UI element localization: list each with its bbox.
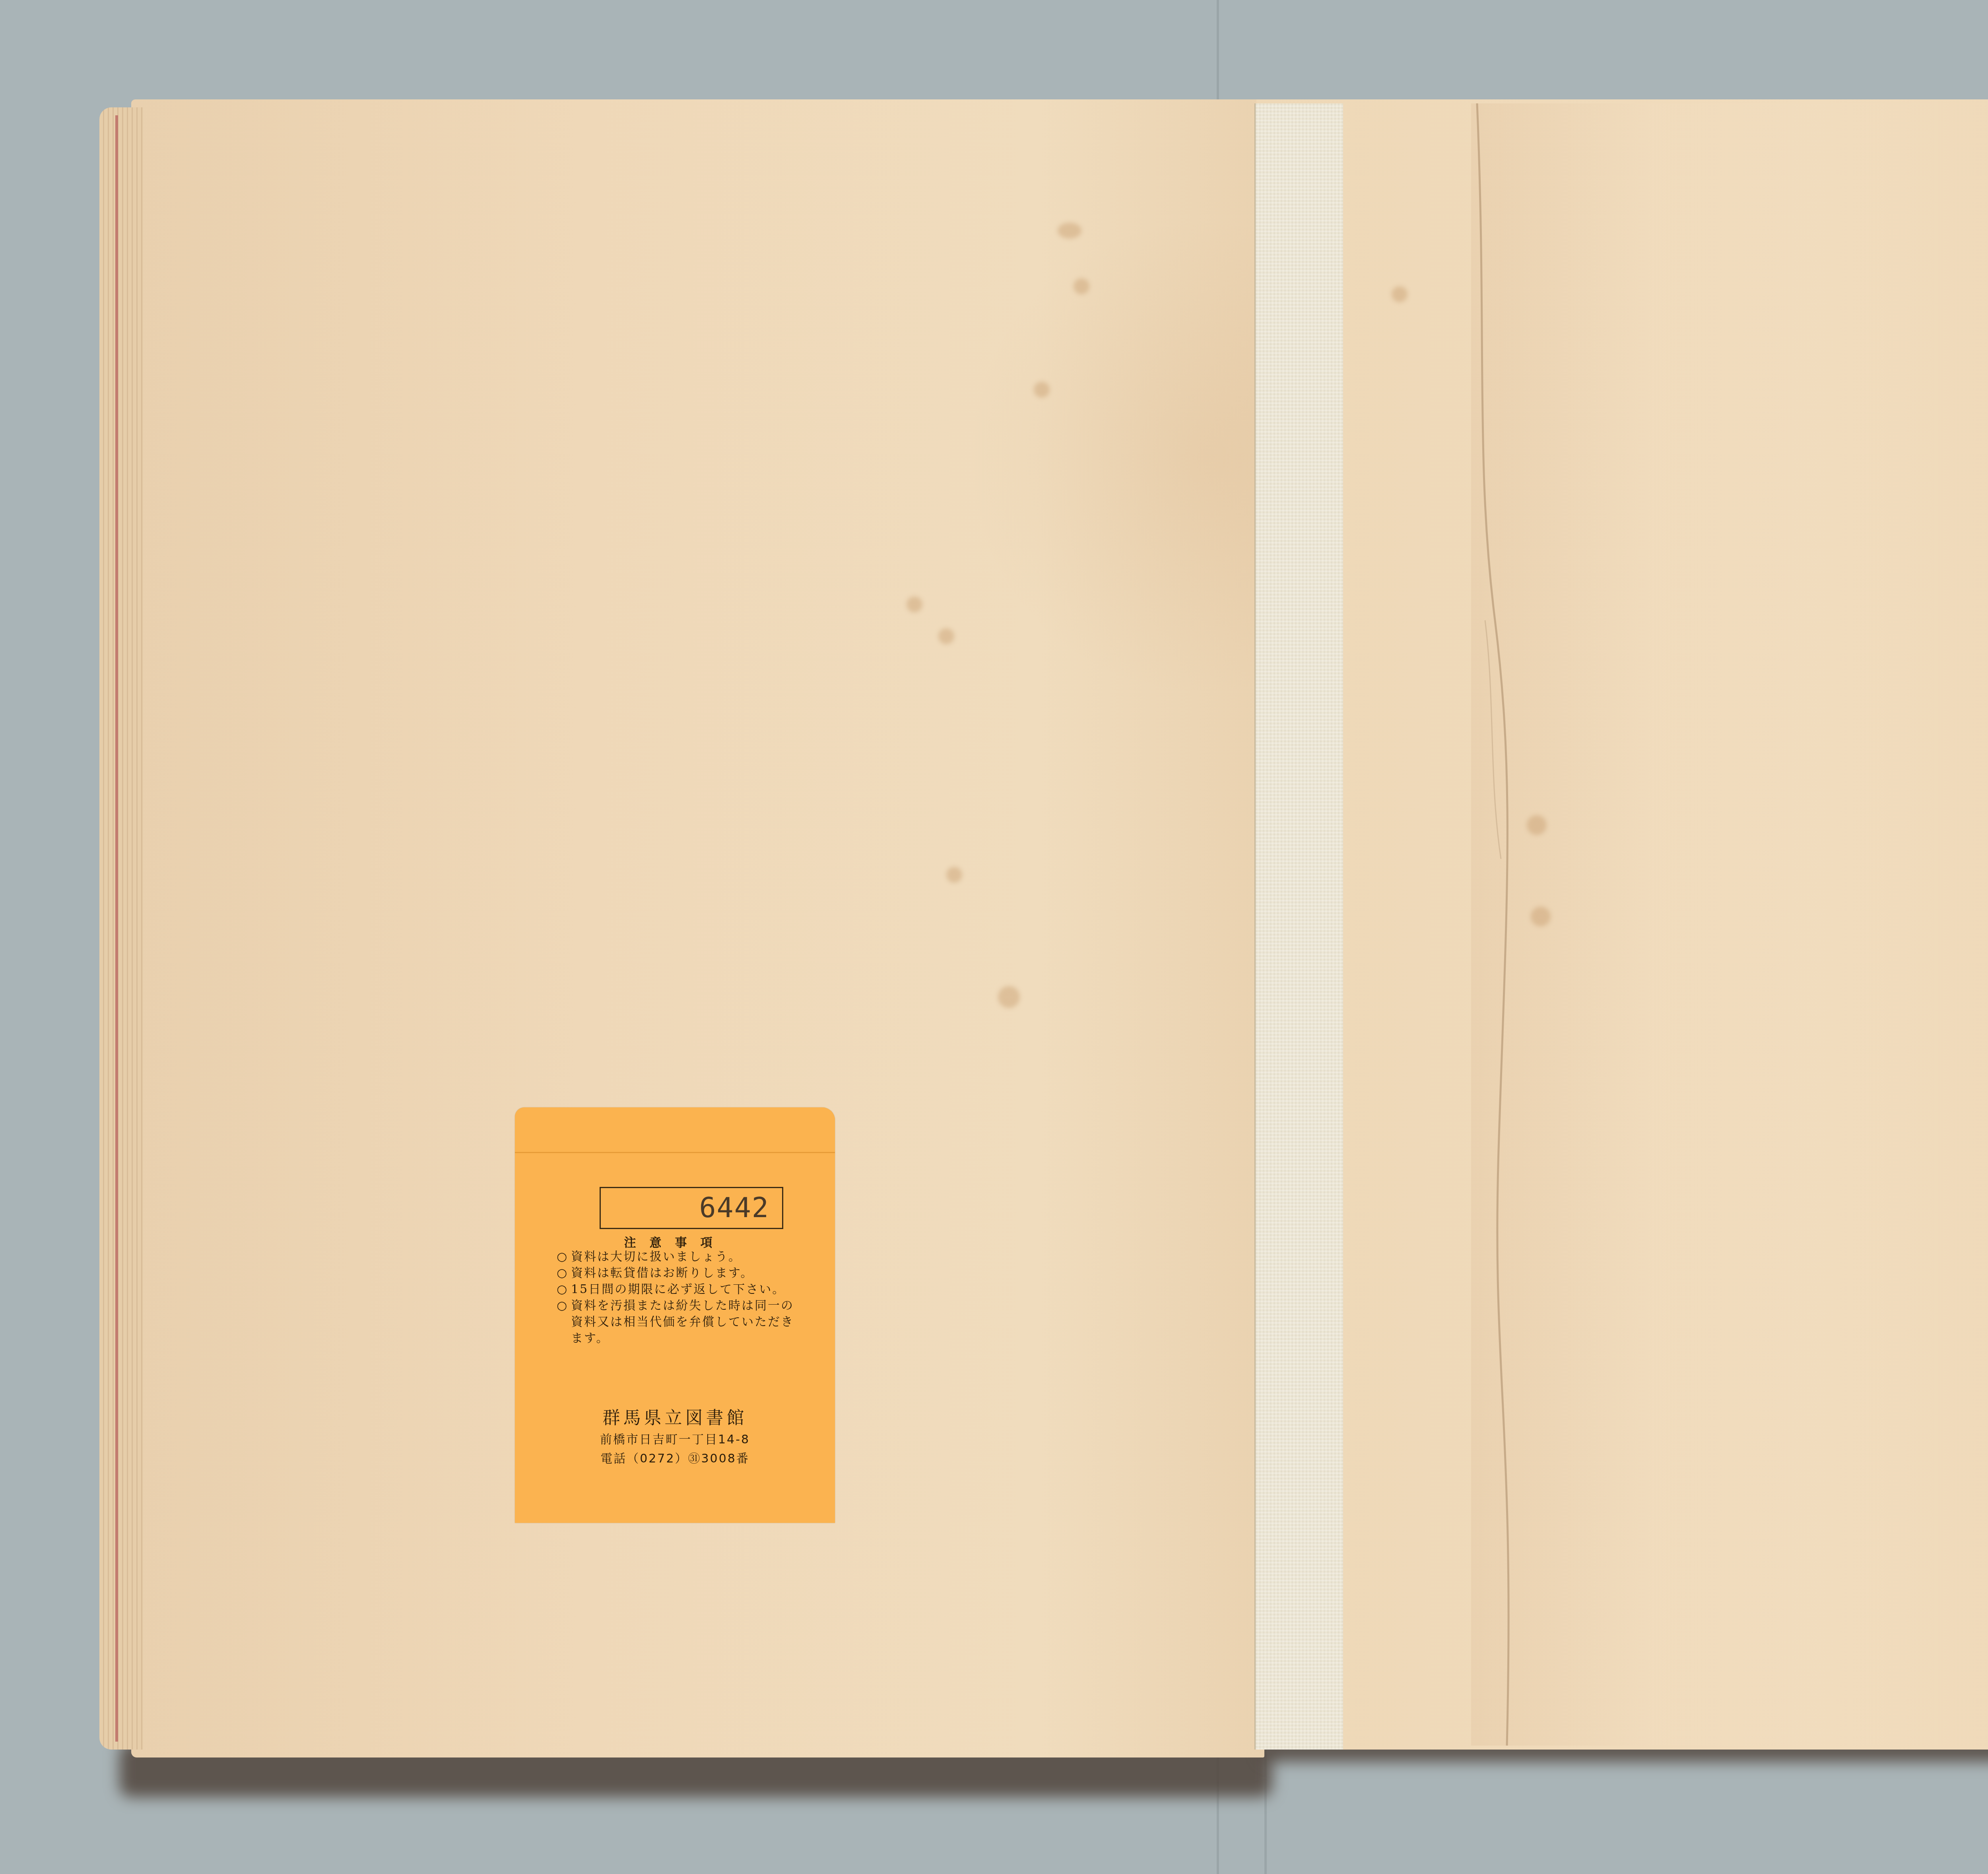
circle-bullet-icon: ○: [557, 1281, 568, 1297]
notice-item: ○15日間の期限に必ず返して下さい。: [557, 1281, 803, 1297]
foxing-spot: [1074, 278, 1089, 294]
page-block-edge: [99, 107, 143, 1750]
foxing-spot: [1527, 815, 1547, 835]
library-address: 前橋市日吉町一丁目14-8: [515, 1429, 835, 1447]
pocket-flap-edge: [515, 1152, 835, 1153]
foxing-spot: [938, 628, 954, 644]
foxing-spot: [998, 986, 1020, 1008]
notice-item: ○資料を汚損または紛失した時は同一の資料又は相当代価を弁償していただきます。: [557, 1297, 803, 1346]
notice-item: ○資料は大切に扱いましょう。: [557, 1249, 803, 1265]
call-number-box: 6442: [600, 1187, 783, 1229]
notice-list: ○資料は大切に扱いましょう。 ○資料は転貸借はお断りします。 ○15日間の期限に…: [557, 1249, 803, 1346]
library-card-pocket: 6442 注意事項 ○資料は大切に扱いましょう。 ○資料は転貸借はお断りします。…: [515, 1107, 835, 1523]
foxing-spot: [1058, 223, 1081, 239]
library-phone: 電話（0272）㉛3008番: [515, 1449, 835, 1466]
notice-item: ○資料は転貸借はお断りします。: [557, 1265, 803, 1281]
foxing-spot: [946, 867, 962, 883]
foxing-spot: [907, 596, 922, 612]
spine-binding-tape: [1254, 103, 1343, 1750]
notice-title: 注意事項: [515, 1233, 835, 1250]
circle-bullet-icon: ○: [557, 1265, 568, 1281]
foxing-spot: [1392, 286, 1408, 302]
foxing-spot: [1034, 382, 1050, 398]
library-name: 群馬県立図書館: [515, 1404, 835, 1429]
page-fold-overlap: [1471, 103, 1988, 1746]
red-stained-edge: [115, 115, 118, 1742]
call-number: 6442: [699, 1191, 769, 1224]
circle-bullet-icon: ○: [557, 1249, 568, 1265]
paper-crease: [1471, 103, 1543, 1746]
foxing-spot: [1531, 907, 1551, 926]
circle-bullet-icon: ○: [557, 1297, 568, 1314]
